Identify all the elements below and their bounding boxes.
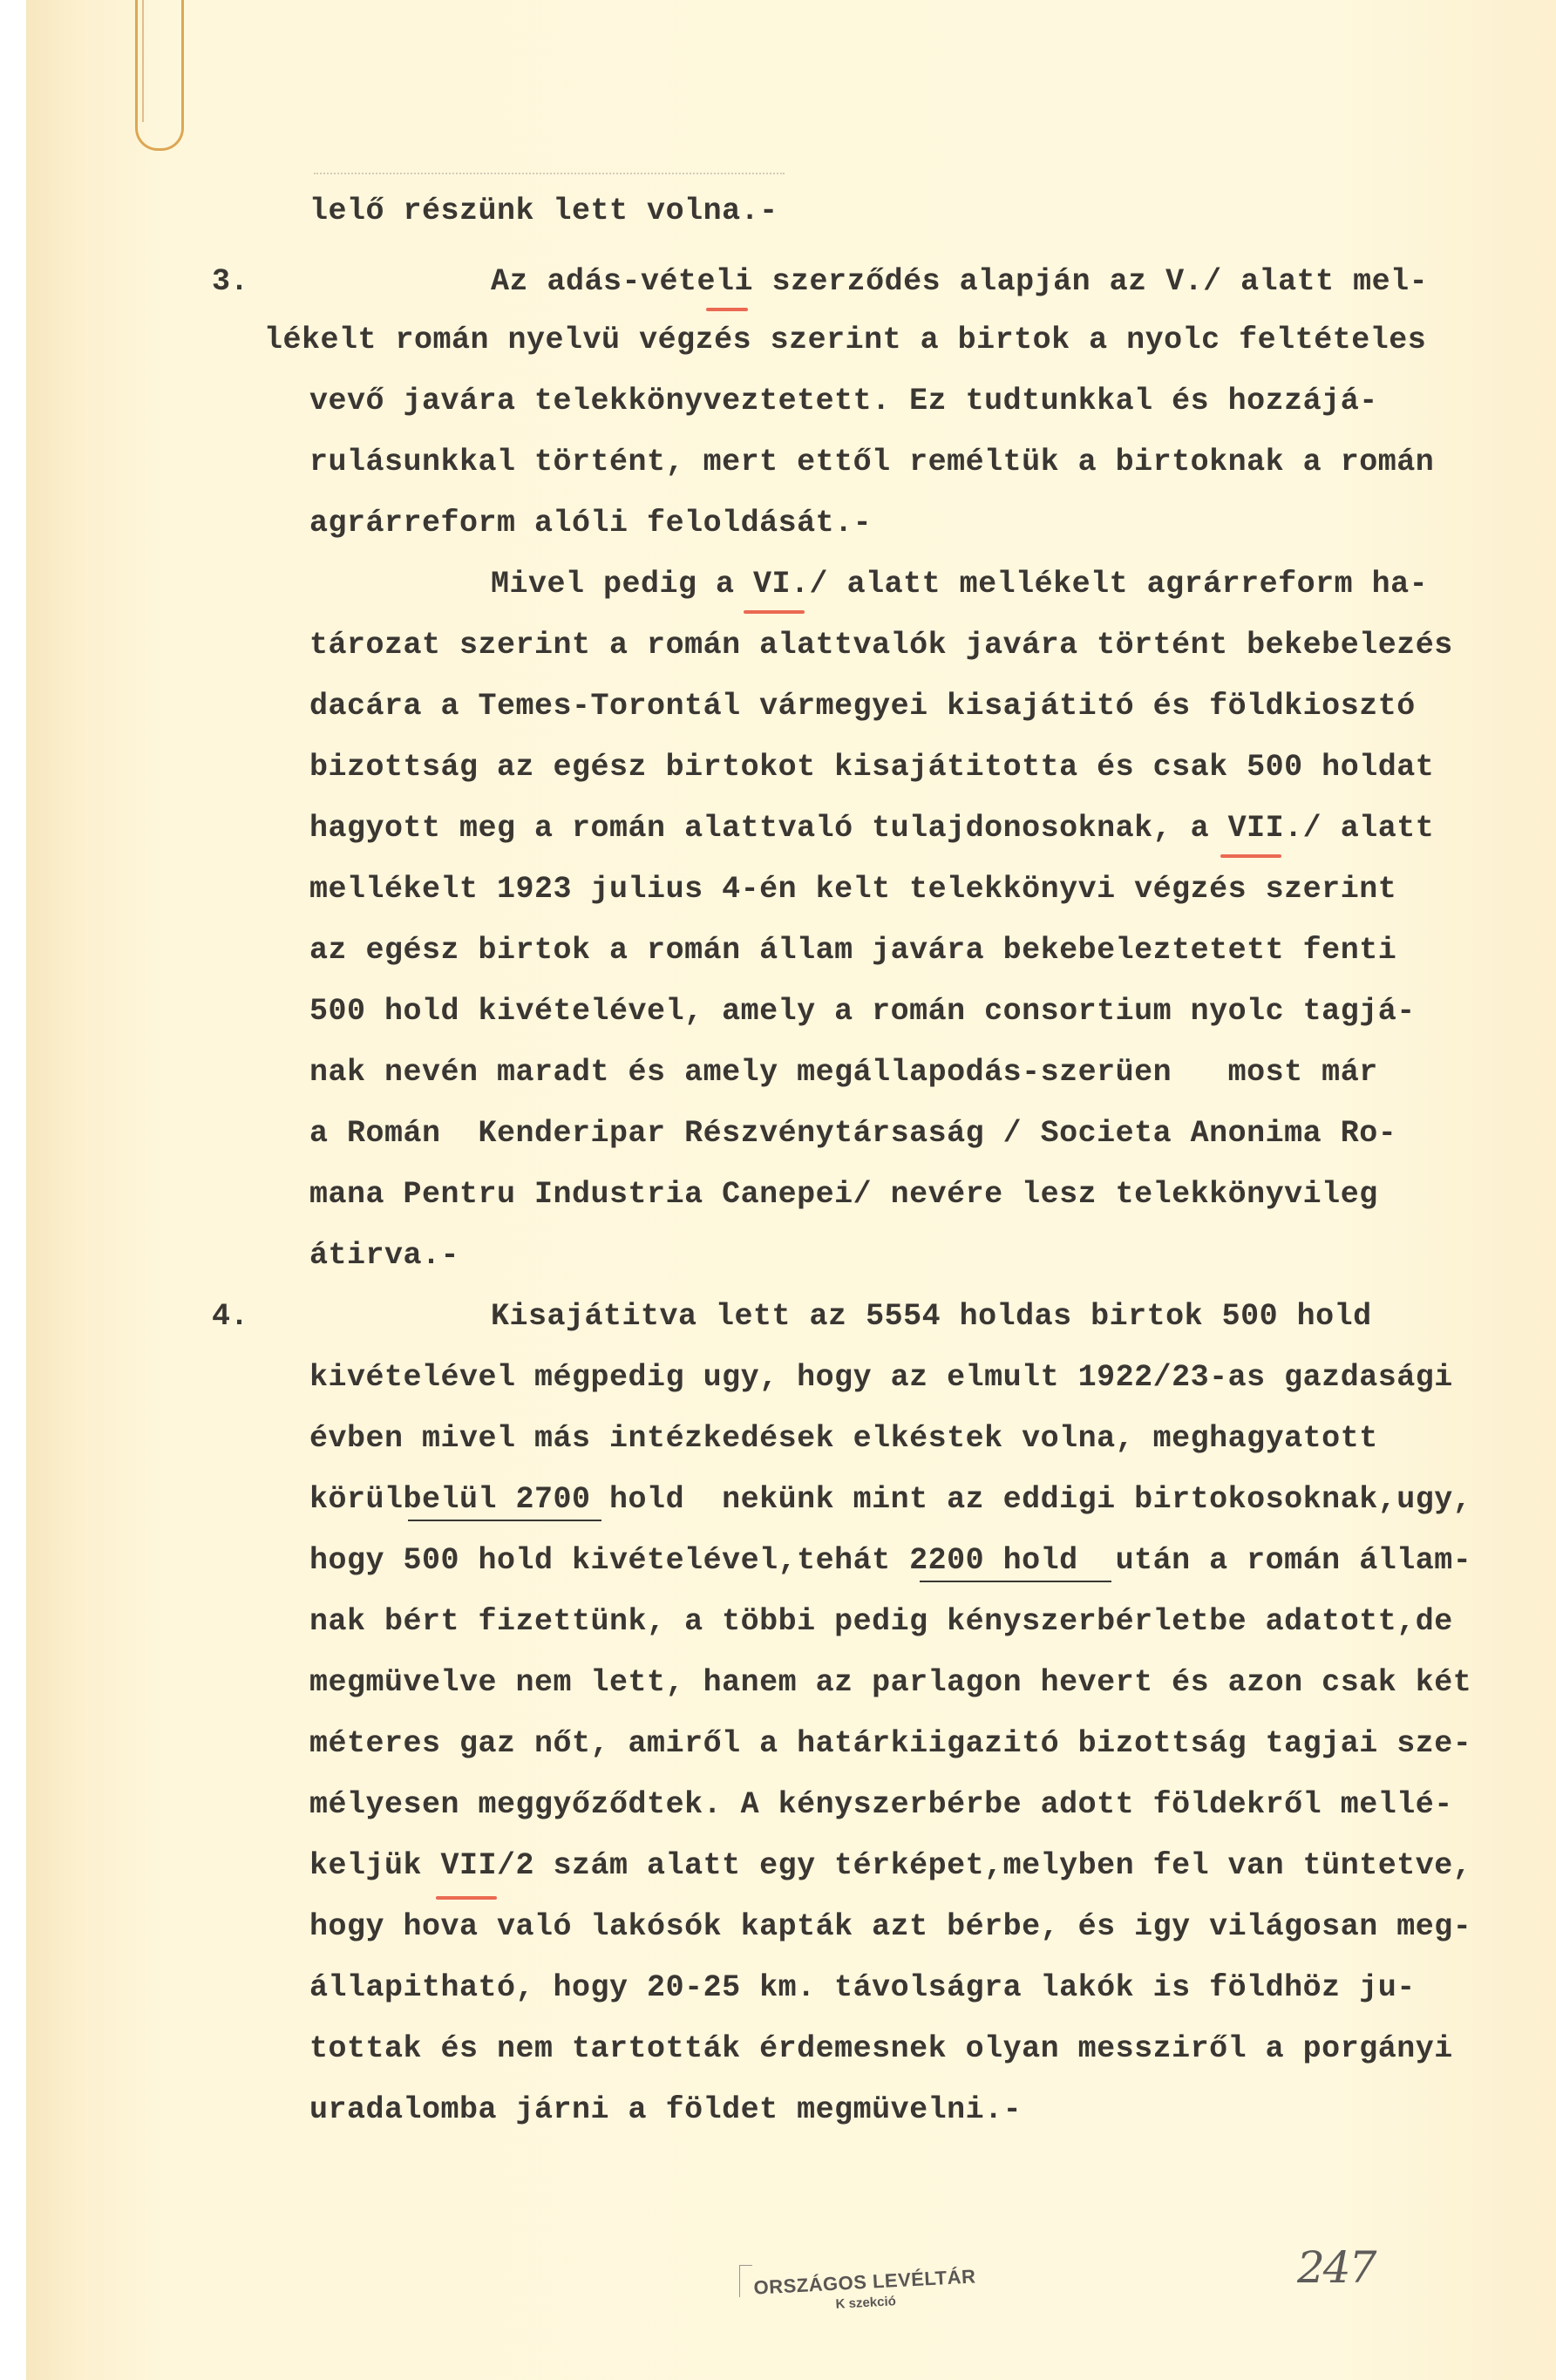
text-line: hagyott meg a román alattvaló tulajdonos… [309, 811, 1434, 846]
faint-carbon-line [314, 173, 785, 176]
text-line: rulásunkkal történt, mert ettől reméltük… [309, 445, 1434, 479]
text-line: a Román Kenderipar Részvénytársaság / So… [309, 1116, 1396, 1151]
text-line: Kisajátitva lett az 5554 holdas birtok 5… [491, 1299, 1372, 1334]
text-line: agrárreform alóli feloldását.- [309, 506, 872, 541]
text-line: lékelt román nyelvü végzés szerint a bir… [264, 323, 1426, 357]
red-pencil-underline [744, 610, 805, 614]
text-line: az egész birtok a román állam javára bek… [309, 933, 1396, 968]
text-line: hogy hova való lakósók kapták azt bérbe,… [309, 1909, 1471, 1944]
red-pencil-underline [706, 308, 748, 311]
text-line: méteres gaz nőt, amiről a határkiigazitó… [309, 1726, 1471, 1761]
text-line: nak bért fizettünk, a többi pedig kénysz… [309, 1604, 1453, 1639]
text-line: körülbelül 2700 hold nekünk mint az eddi… [309, 1482, 1471, 1517]
handwritten-page-number: 247 [1297, 2242, 1375, 2293]
red-pencil-underline [1220, 854, 1281, 858]
section-number: 4. [212, 1299, 248, 1334]
text-line: uradalomba járni a földet megmüvelni.- [309, 2092, 1022, 2127]
section-number: 3. [212, 264, 248, 299]
text-line: vevő javára telekkönyveztetett. Ez tudtu… [309, 384, 1378, 418]
text-line: kivételével mégpedig ugy, hogy az elmult… [309, 1360, 1453, 1395]
text-line: évben mivel más intézkedések elkéstek vo… [309, 1421, 1378, 1456]
text-line: Az adás-vételi szerződés alapján az V./ … [491, 264, 1428, 299]
text-line: állapitható, hogy 20-25 km. távolságra l… [309, 1970, 1416, 2005]
typed-underline [408, 1520, 601, 1521]
text-line: tározat szerint a román alattvalók javár… [309, 628, 1453, 663]
text-line: 500 hold kivételével, amely a román cons… [309, 994, 1416, 1029]
text-line: Mivel pedig a VI./ alatt mellékelt agrár… [491, 567, 1428, 602]
red-pencil-underline [436, 1896, 497, 1900]
typed-underline [920, 1581, 1111, 1582]
stamp-border [739, 2265, 752, 2297]
text-line: megmüvelve nem lett, hanem az parlagon h… [309, 1665, 1471, 1700]
text-line: hogy 500 hold kivételével,tehát 2200 hol… [309, 1543, 1471, 1578]
text-line: mana Pentru Industria Canepei/ nevére le… [309, 1177, 1378, 1212]
text-line: bizottság az egész birtokot kisajátitott… [309, 750, 1434, 785]
text-line: dacára a Temes-Torontál vármegyei kisajá… [309, 689, 1416, 724]
text-line: nak nevén maradt és amely megállapodás-s… [309, 1055, 1378, 1090]
paperclip-shadow [142, 0, 168, 122]
text-line: mellékelt 1923 julius 4-én kelt telekkön… [309, 872, 1396, 907]
text-line: keljük VII/2 szám alatt egy térképet,mel… [309, 1848, 1471, 1883]
text-line: lelő részünk lett volna.- [309, 194, 778, 228]
text-line: mélyesen meggyőződtek. A kényszerbérbe a… [309, 1787, 1453, 1822]
text-line: átirva.- [309, 1238, 459, 1273]
text-line: tottak és nem tartották érdemesnek olyan… [309, 2031, 1453, 2066]
